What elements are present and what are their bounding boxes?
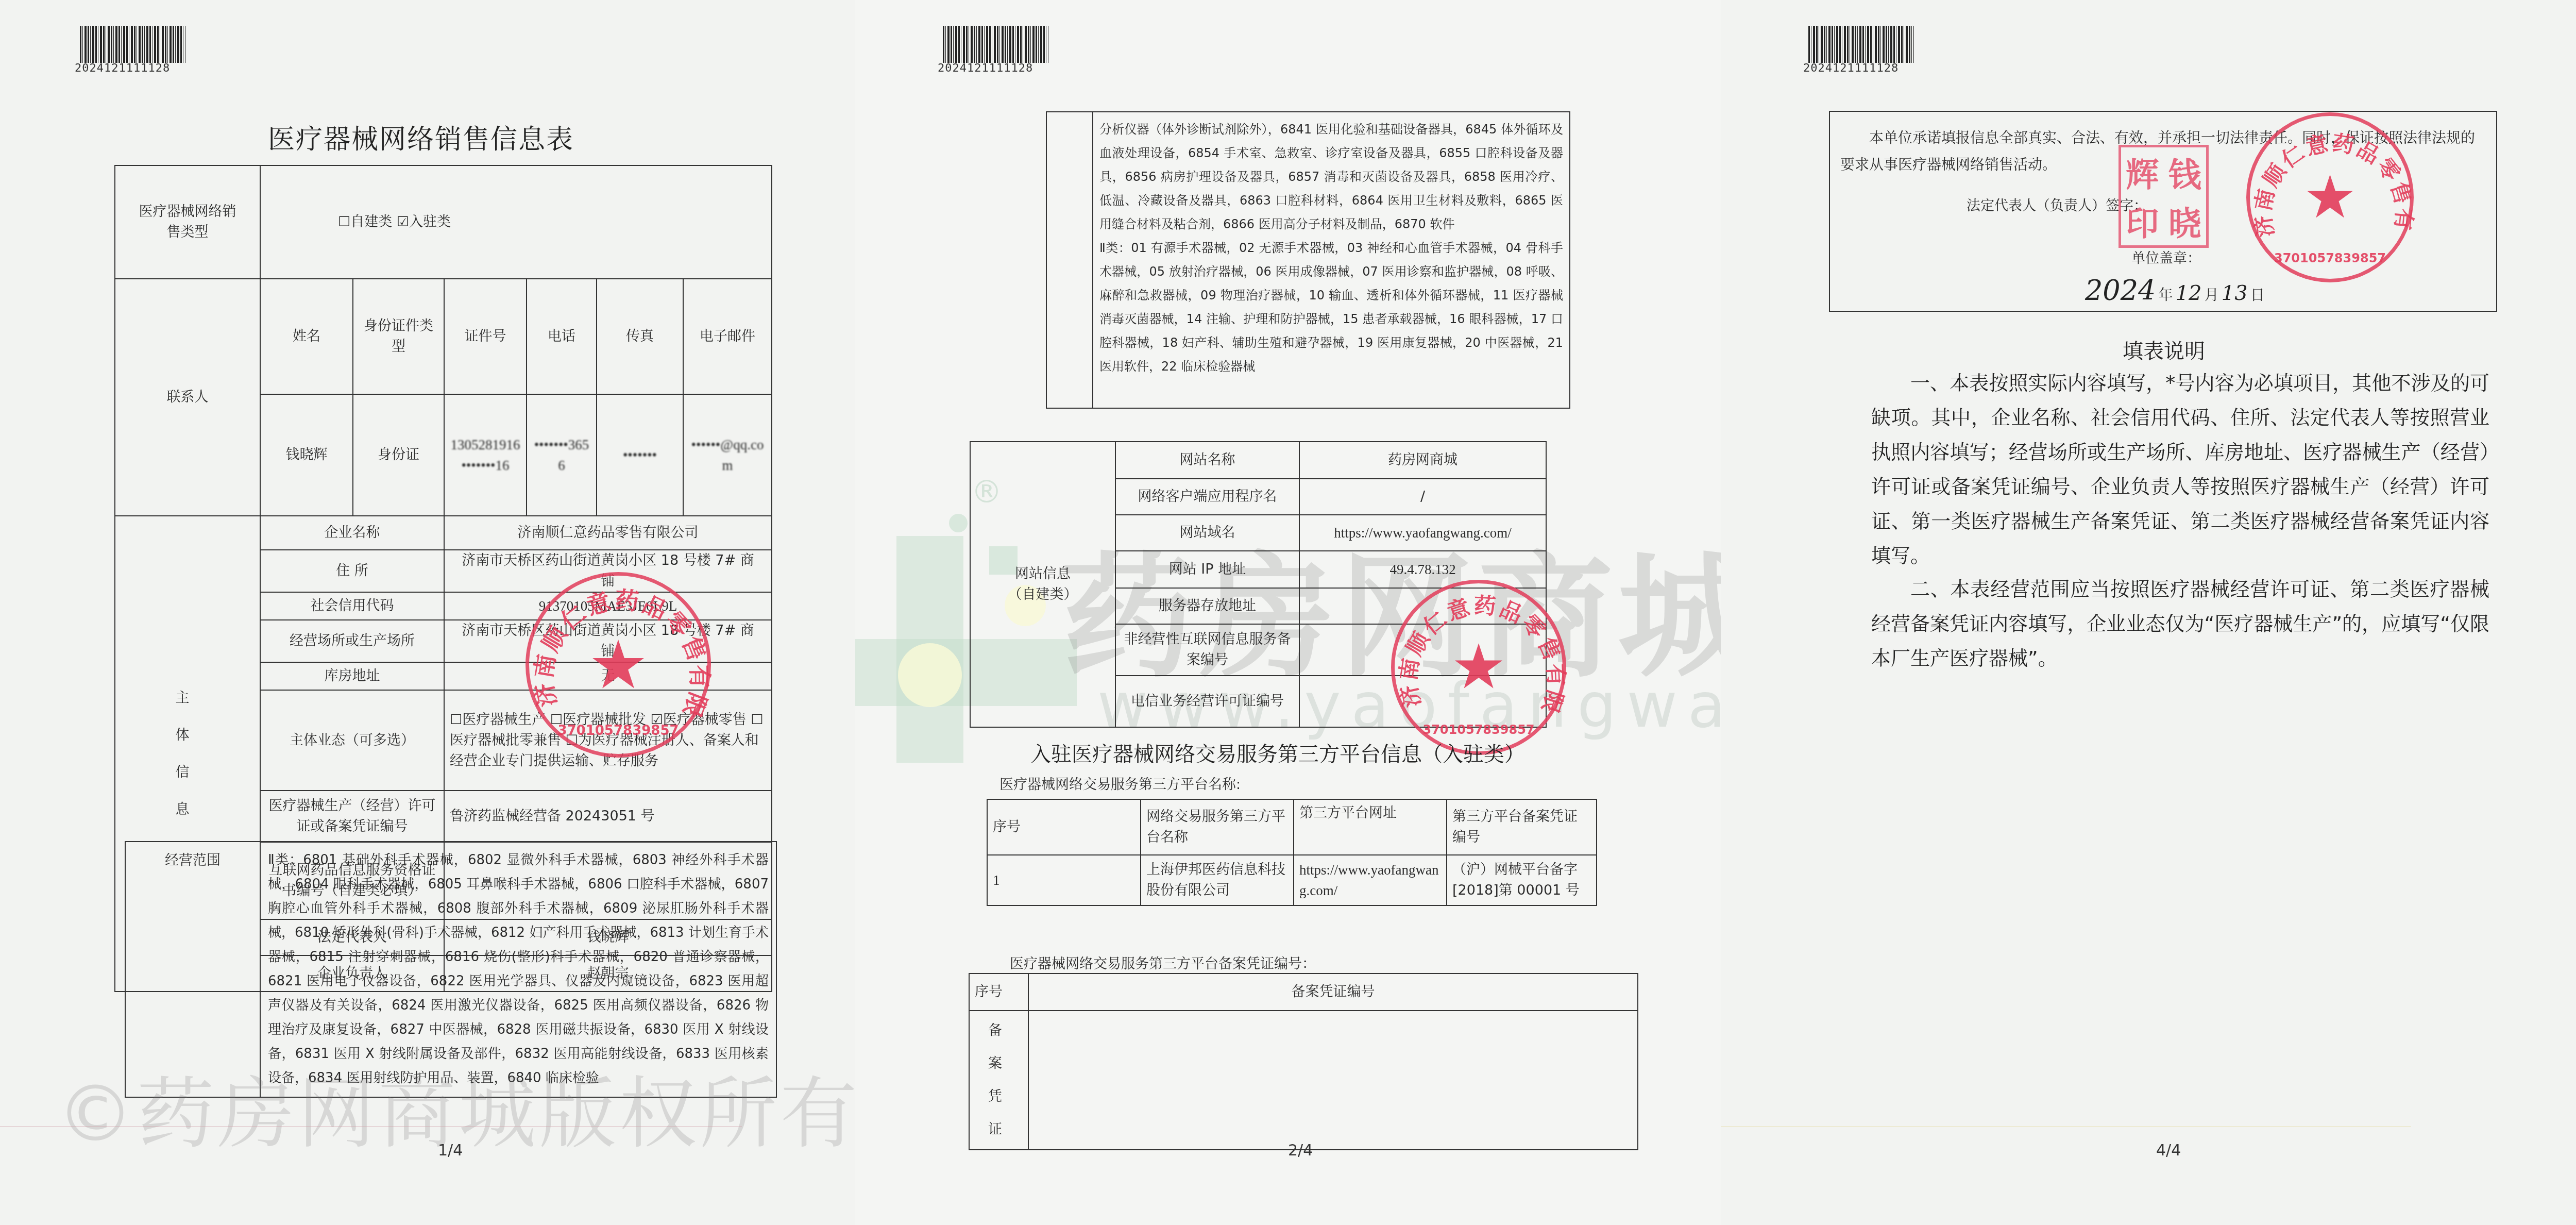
contact-header: 姓名 bbox=[260, 279, 353, 394]
barcode: 2024121111128 bbox=[938, 26, 1048, 72]
seal-char: 钱 bbox=[2164, 148, 2207, 196]
instructions-title: 填表说明 bbox=[2123, 335, 2205, 364]
platform-header: 第三方平台网址 bbox=[1294, 799, 1447, 855]
barcode: 2024121111128 bbox=[1803, 26, 1914, 72]
field-label: 非经营性互联网信息服务备案编号 bbox=[1115, 624, 1299, 676]
record-header: 备案凭证编号 bbox=[1028, 974, 1638, 1011]
field-value: 91370105MAE3JE0L9L bbox=[444, 592, 772, 620]
field-label: 服务器存放地址 bbox=[1115, 588, 1299, 624]
document-page-2: 2024121111128 ® 药房网商城 www.yaofangwang.co… bbox=[855, 0, 1721, 1225]
page-number: 1/4 bbox=[438, 1142, 463, 1160]
platform-header: 序号 bbox=[987, 799, 1141, 855]
sales-type-value: ☐自建类 ☑入驻类 bbox=[260, 165, 772, 279]
sign-date: 2024 年 12 月 13 日 bbox=[2085, 274, 2265, 307]
scope-text: Ⅱ类：6801 基础外科手术器械，6802 显微外科手术器械，6803 神经外科… bbox=[260, 842, 776, 1097]
instruction-item: 二、本表经营范围应当按照医疗器械经营许可证、第二类医疗器械经营备案凭证内容填写，… bbox=[1871, 572, 2489, 676]
field-value bbox=[1299, 588, 1546, 624]
platform-name-caption: 医疗器械网络交易服务第三方平台名称: bbox=[999, 773, 1241, 793]
field-value: 药房网商城 bbox=[1299, 442, 1546, 479]
barcode-bars bbox=[1808, 26, 1914, 63]
contact-header: 电话 bbox=[527, 279, 597, 394]
subject-info-label-text: 主体信息 bbox=[167, 680, 208, 828]
barcode-bars bbox=[80, 26, 185, 63]
contact-header: 传真 bbox=[597, 279, 683, 394]
barcode-number: 2024121111128 bbox=[938, 62, 1033, 75]
sales-type-row: 医疗器械网络销售类型 ☐自建类 ☑入驻类 bbox=[115, 165, 772, 279]
barcode-bars bbox=[943, 26, 1048, 63]
scope-text-continued: 分析仪器（体外诊断试剂除外），6841 医用化验和基础设备器具，6845 体外循… bbox=[1093, 112, 1570, 408]
date-day: 13 bbox=[2222, 281, 2248, 305]
field-label: 网站 IP 地址 bbox=[1115, 551, 1299, 588]
barcode-number: 2024121111128 bbox=[1803, 62, 1899, 75]
platform-header-row: 序号 网络交易服务第三方平台名称 第三方平台网址 第三方平台备案凭证编号 bbox=[987, 799, 1597, 855]
platform-record-number: （沪）网械平台备字[2018]第 00001 号 bbox=[1447, 855, 1597, 905]
website-domain: https://www.yaofangwang.com/ bbox=[1299, 515, 1546, 551]
seal-char: 晓 bbox=[2164, 197, 2207, 245]
field-value: 鲁济药监械经营备 20243051 号 bbox=[444, 791, 772, 842]
contact-phone: •••••••3656 bbox=[527, 394, 597, 516]
contact-header: 电子邮件 bbox=[683, 279, 772, 394]
contact-header: 证件号 bbox=[444, 279, 527, 394]
seal-char: 辉 bbox=[2121, 148, 2164, 196]
contact-email: ••••••@qq.com bbox=[683, 394, 772, 516]
scope-class3-text: 分析仪器（体外诊断试剂除外），6841 医用化验和基础设备器具，6845 体外循… bbox=[1099, 118, 1563, 236]
scope-continued-table: 分析仪器（体外诊断试剂除外），6841 医用化验和基础设备器具，6845 体外循… bbox=[1046, 111, 1570, 409]
scope-table: 经营范围 Ⅱ类：6801 基础外科手术器械，6802 显微外科手术器械，6803… bbox=[125, 841, 777, 1098]
scan-line bbox=[0, 1126, 742, 1127]
record-row-label: 备案凭证 bbox=[969, 1011, 1028, 1150]
field-label: 网站域名 bbox=[1115, 515, 1299, 551]
field-label: 医疗器械生产（经营）许可证或备案凭证编号 bbox=[260, 791, 444, 842]
barcode-number: 2024121111128 bbox=[75, 62, 170, 75]
platform-section-title: 入驻医疗器械网络交易服务第三方平台信息（入驻类） bbox=[1030, 738, 1525, 767]
platform-row: 1 上海伊邦医药信息科技股份有限公司 https://www.yaofangwa… bbox=[987, 855, 1597, 905]
website-info-table: 网站信息（自建类） 网站名称 药房网商城 网络客户端应用程序名 / 网站域名 h… bbox=[970, 441, 1547, 728]
document-page-4: 2024121111128 本单位承诺填报信息全部真实、合法、有效，并承担一切法… bbox=[1721, 0, 2576, 1225]
field-value: 济南市天桥区药山街道黄岗小区 18 号楼 7# 商铺 bbox=[444, 620, 772, 662]
contact-header-row: 联系人 姓名 身份证件类型 证件号 电话 传真 电子邮件 bbox=[115, 279, 772, 394]
record-row-label-text: 备案凭证 bbox=[981, 1014, 1017, 1146]
contact-id-number: 1305281916•••••••16 bbox=[444, 394, 527, 516]
scope-class2-text: Ⅱ类：01 有源手术器械，02 无源手术器械，03 神经和心血管手术器械，04 … bbox=[1099, 236, 1563, 378]
field-value bbox=[1299, 624, 1546, 676]
record-header: 序号 bbox=[969, 974, 1028, 1011]
date-month-suffix: 月 bbox=[2205, 287, 2219, 304]
contact-fax: ••••••• bbox=[597, 394, 683, 516]
page-title: 医疗器械网络销售信息表 bbox=[268, 118, 574, 156]
field-label: 网络客户端应用程序名 bbox=[1115, 479, 1299, 515]
contact-id-type: 身份证 bbox=[353, 394, 444, 516]
platform-header: 第三方平台备案凭证编号 bbox=[1447, 799, 1597, 855]
contact-name: 钱晓辉 bbox=[260, 394, 353, 516]
sales-type-label: 医疗器械网络销售类型 bbox=[115, 165, 260, 279]
scope-label-continued bbox=[1046, 112, 1093, 408]
field-label: 库房地址 bbox=[260, 662, 444, 690]
field-label: 企业名称 bbox=[260, 516, 444, 550]
field-value: / bbox=[1299, 479, 1546, 515]
field-label: 主体业态（可多选） bbox=[260, 690, 444, 791]
date-year: 2024 bbox=[2085, 274, 2156, 307]
field-label: 住 所 bbox=[260, 550, 444, 592]
website-ip: 49.4.78.132 bbox=[1299, 551, 1546, 588]
page-number: 4/4 bbox=[2156, 1142, 2181, 1160]
record-caption: 医疗器械网络交易服务第三方平台备案凭证编号： bbox=[1010, 952, 1316, 972]
date-day-suffix: 日 bbox=[2250, 287, 2265, 304]
subject-row: 主体信息 企业名称 济南顺仁意药品零售有限公司 bbox=[115, 516, 772, 550]
barcode: 2024121111128 bbox=[75, 26, 185, 72]
date-month: 12 bbox=[2176, 281, 2202, 305]
scope-label: 经营范围 bbox=[125, 842, 260, 1097]
seal-char: 印 bbox=[2121, 197, 2164, 245]
field-value: 无 bbox=[444, 662, 772, 690]
field-value: ☐医疗器械生产 ☐医疗器械批发 ☑医疗器械零售 ☐医疗器械批零兼售 ☐为医疗器械… bbox=[444, 690, 772, 791]
contact-header: 身份证件类型 bbox=[353, 279, 444, 394]
stamp-label: 单位盖章： bbox=[2131, 247, 2201, 267]
page-number: 2/4 bbox=[1288, 1142, 1313, 1160]
declaration-box: 本单位承诺填报信息全部真实、合法、有效，并承担一切法律责任。同时，保证按照法律法… bbox=[1829, 111, 2497, 312]
field-label: 网站名称 bbox=[1115, 442, 1299, 479]
field-value: 济南顺仁意药品零售有限公司 bbox=[444, 516, 772, 550]
field-label: 社会信用代码 bbox=[260, 592, 444, 620]
platform-header: 网络交易服务第三方平台名称 bbox=[1141, 799, 1294, 855]
platform-table: 序号 网络交易服务第三方平台名称 第三方平台网址 第三方平台备案凭证编号 1 上… bbox=[987, 799, 1597, 906]
field-label: 经营场所或生产场所 bbox=[260, 620, 444, 662]
field-value: 济南市天桥区药山街道黄岗小区 18 号楼 7# 商铺 bbox=[444, 550, 772, 592]
contact-label: 联系人 bbox=[115, 279, 260, 516]
date-year-suffix: 年 bbox=[2159, 287, 2173, 304]
platform-name: 上海伊邦医药信息科技股份有限公司 bbox=[1141, 855, 1294, 905]
scan-line bbox=[1721, 1126, 2411, 1127]
document-page-1: 2024121111128 医疗器械网络销售信息表 医疗器械网络销售类型 ☐自建… bbox=[0, 0, 855, 1225]
record-table: 序号 备案凭证编号 备案凭证 bbox=[969, 973, 1638, 1150]
personal-seal: 辉 钱 印 晓 bbox=[2119, 145, 2209, 248]
field-label: 电信业务经营许可证编号 bbox=[1115, 676, 1299, 727]
record-number-value bbox=[1028, 1011, 1638, 1150]
website-info-label: 网站信息（自建类） bbox=[970, 442, 1115, 727]
instruction-item: 一、本表按照实际内容填写，*号内容为必填项目，其他不涉及的可缺项。其中，企业名称… bbox=[1871, 366, 2489, 573]
platform-url: https://www.yaofangwang.com/ bbox=[1294, 855, 1447, 905]
field-value bbox=[1299, 676, 1546, 727]
platform-index: 1 bbox=[987, 855, 1141, 905]
